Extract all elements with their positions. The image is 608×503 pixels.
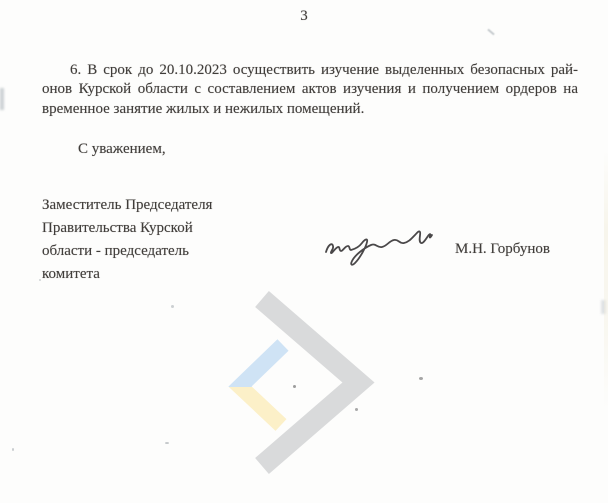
signer-title-line: Заместитель Председателя [42, 194, 262, 217]
scan-speck [293, 385, 296, 388]
scan-speck [355, 408, 358, 411]
scan-speck [171, 305, 174, 308]
paragraph-line: 6. В срок до 20.10.2023 осуществить изуч… [42, 61, 578, 80]
signer-title-line: Правительства Курской [42, 217, 262, 240]
scan-smudge [0, 88, 4, 110]
scanned-letter-page: 3 6. В срок до 20.10.2023 осуществить из… [0, 0, 608, 503]
signer-title-line: комитета [42, 263, 262, 286]
signature-scribble [316, 214, 438, 274]
watermark-logo [220, 285, 380, 485]
paragraph-line: временное занятие жилых и нежилых помеще… [42, 100, 578, 119]
scan-speck [39, 279, 41, 281]
scan-speck [165, 442, 169, 444]
signer-title-block: Заместитель Председателя Правительства К… [42, 194, 262, 286]
signer-title-line: области - председатель [42, 240, 262, 263]
scan-speck [419, 377, 423, 380]
body-paragraph: 6. В срок до 20.10.2023 осуществить изуч… [42, 61, 578, 119]
chevron-watermark-icon [262, 299, 359, 466]
signer-name: М.Н. Горбунов [455, 241, 550, 258]
scan-edge-shade [604, 150, 608, 410]
scan-artifact [487, 29, 494, 36]
scan-speck [12, 448, 14, 451]
closing-salutation: С уважением, [78, 141, 166, 158]
paragraph-line: онов Курской области с составлением акто… [42, 80, 578, 99]
page-number: 3 [0, 8, 608, 25]
